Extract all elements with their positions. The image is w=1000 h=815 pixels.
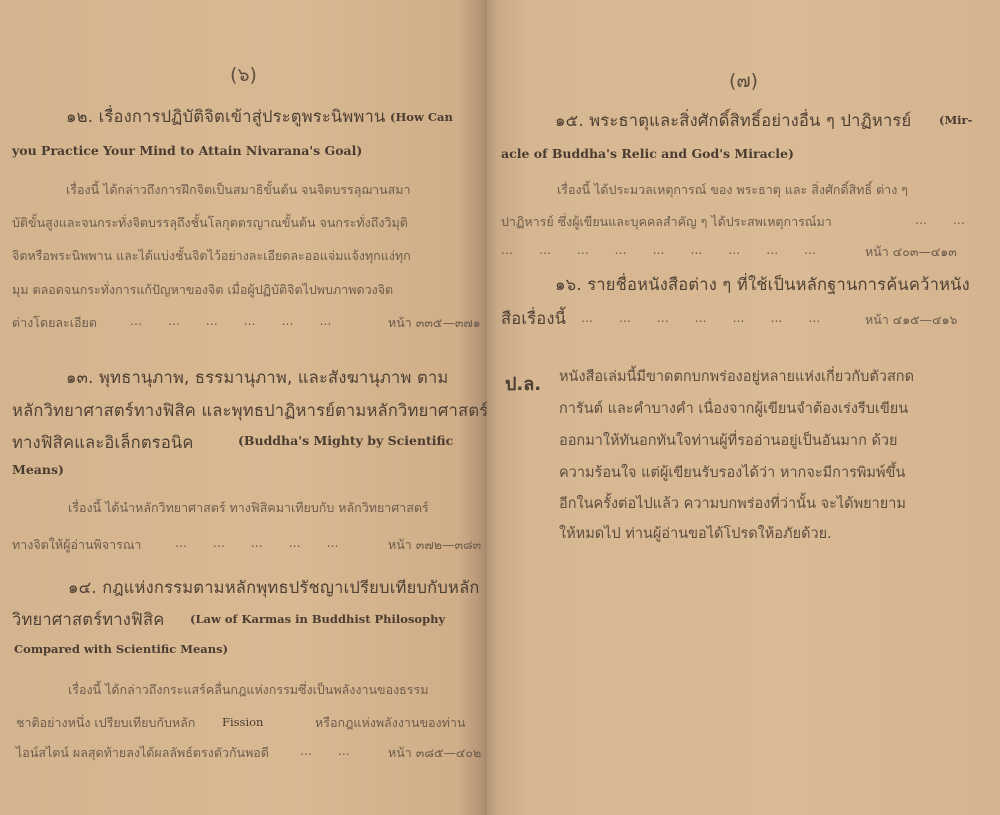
leader-dots: ... ... ... ... ... xyxy=(175,535,339,550)
page-reference: หน้า ๔๐๓—๔๑๓ xyxy=(865,242,957,262)
entry-description-line: มุม ตลอดจนกระทั่งการแก้ปัญหาของจิต เมื่อ… xyxy=(12,280,393,300)
note-line: อีกในครั้งต่อไปแล้ว ความบกพร่องที่ว่านั้… xyxy=(559,492,906,515)
entry-title-cont: สือเรื่องนี้ xyxy=(501,306,566,332)
leader-dots: ... ... xyxy=(300,743,350,758)
page-number: (๖) xyxy=(0,60,487,90)
page-reference: หน้า ๓๗๒—๓๘๓ xyxy=(388,535,481,555)
entry-description-line-tail: หรือกฎแห่งพลังงานของท่าน xyxy=(315,713,465,733)
entry-english-title-cont: Compared with Scientific Means) xyxy=(14,642,228,656)
leader-dots: ... ... ... ... ... ... xyxy=(130,313,331,328)
entry-description-line: จิตหรือพระนิพพาน และได้แบ่งชั้นจิตไว้อย่… xyxy=(12,246,411,266)
entry-english-title: (Buddha's Mighty by Scientific xyxy=(238,433,453,448)
entry-english-title-cont: acle of Buddha's Relic and God's Miracle… xyxy=(501,146,794,161)
entry-title: ๑๓. พุทธานุภาพ, ธรรมานุภาพ, และสังฆานุภา… xyxy=(66,365,449,391)
entry-title: ๑๔. กฎแห่งกรรมตามหลักพุทธปรัชญาเปรียบเที… xyxy=(68,575,480,601)
book-spread: (๖) ๑๒. เรื่องการปฏิบัติจิตเข้าสู่ประตูพ… xyxy=(0,0,1000,815)
entry-description-line: ต่างโดยละเอียด xyxy=(12,313,97,333)
entry-description-line: ทางจิตให้ผู้อ่านพิจารณา xyxy=(12,535,141,555)
leader-dots: ... ... ... ... ... ... ... ... ... xyxy=(501,242,816,257)
entry-english-title-cont: you Practice Your Mind to Attain Nivaran… xyxy=(12,143,362,158)
entry-title-cont: หลักวิทยาศาสตร์ทางฟิสิค และพุทธปาฏิหารย์… xyxy=(12,398,488,424)
page-number: (๗) xyxy=(487,66,1000,96)
right-page: (๗) ๑๕. พระธาตุและสิ่งศักดิ์สิทธิ์อย่างอ… xyxy=(487,0,1000,815)
entry-description-line: ไอน์สไตน์ ผลสุดท้ายลงได้ผลลัพธ์ตรงตัวกัน… xyxy=(16,743,269,763)
entry-description-line: เรื่องนี้ ได้กล่าวถึงการฝึกจิตเป็นสมาธิข… xyxy=(66,180,411,200)
entry-english-title: (Mir- xyxy=(939,113,972,127)
leader-dots: ... ... xyxy=(915,212,965,227)
left-page: (๖) ๑๒. เรื่องการปฏิบัติจิตเข้าสู่ประตูพ… xyxy=(0,0,487,815)
entry-english-title: (Law of Karmas in Buddhist Philosophy xyxy=(190,612,445,626)
entry-description-line: เรื่องนี้ ได้นำหลักวิทยาศาสตร์ ทางฟิสิคม… xyxy=(68,498,429,518)
entry-title-cont: วิทยาศาสตร์ทางฟิสิค xyxy=(12,607,164,633)
entry-title: ๑๒. เรื่องการปฏิบัติจิตเข้าสู่ประตูพระนิ… xyxy=(66,104,386,130)
inline-english-term: Fission xyxy=(222,715,263,729)
note-line: ออกมาให้ทันอกทันใจท่านผู้ที่รออ่านอยู่เป… xyxy=(559,429,898,452)
note-label: ป.ล. xyxy=(505,369,541,398)
page-reference: หน้า ๓๓๕—๓๗๑ xyxy=(388,313,481,333)
entry-description-line: เรื่องนี้ ได้ประมวลเหตุการณ์ ของ พระธาตุ… xyxy=(557,180,908,200)
entry-description-line: เรื่องนี้ ได้กล่าวถึงกระแสร์คลื่นกฎแห่งก… xyxy=(68,680,428,700)
entry-title: ๑๕. พระธาตุและสิ่งศักดิ์สิทธิ์อย่างอื่น … xyxy=(555,108,911,134)
page-reference: หน้า ๔๑๕—๔๑๖ xyxy=(865,310,957,330)
note-line: หนังสือเล่มนี้มีขาดตกบกพร่องอยู่หลายแห่ง… xyxy=(559,365,914,388)
leader-dots: ... ... ... ... ... ... ... xyxy=(581,310,820,325)
entry-description-line: บัติขั้นสูงและจนกระทั่งจิตบรรลุถึงชั้นโล… xyxy=(12,213,408,233)
entry-description-line: ชาติอย่างหนึ่ง เปรียบเทียบกับหลัก xyxy=(16,713,195,733)
entry-title-cont: ทางฟิสิคและอิเล็กตรอนิค xyxy=(12,430,194,456)
note-line: ให้หมดไป ท่านผู้อ่านขอได้โปรดให้อภัยด้วย… xyxy=(559,522,832,545)
entry-title: ๑๖. รายชื่อหนังสือต่าง ๆ ที่ใช้เป็นหลักฐ… xyxy=(555,272,970,298)
entry-english-title-cont: Means) xyxy=(12,462,64,477)
note-line: ความร้อนใจ แต่ผู้เขียนรับรองได้ว่า หากจะ… xyxy=(559,461,905,484)
page-reference: หน้า ๓๘๕—๔๐๒ xyxy=(388,743,481,763)
entry-description-line: ปาฏิหารย์ ซึ่งผู้เขียนและบุคคลสำคัญ ๆ ได… xyxy=(501,212,832,232)
entry-english-title: (How Can xyxy=(390,110,453,124)
note-line: การันต์ และคำบางคำ เนื่องจากผู้เขียนจำต้… xyxy=(559,397,908,420)
